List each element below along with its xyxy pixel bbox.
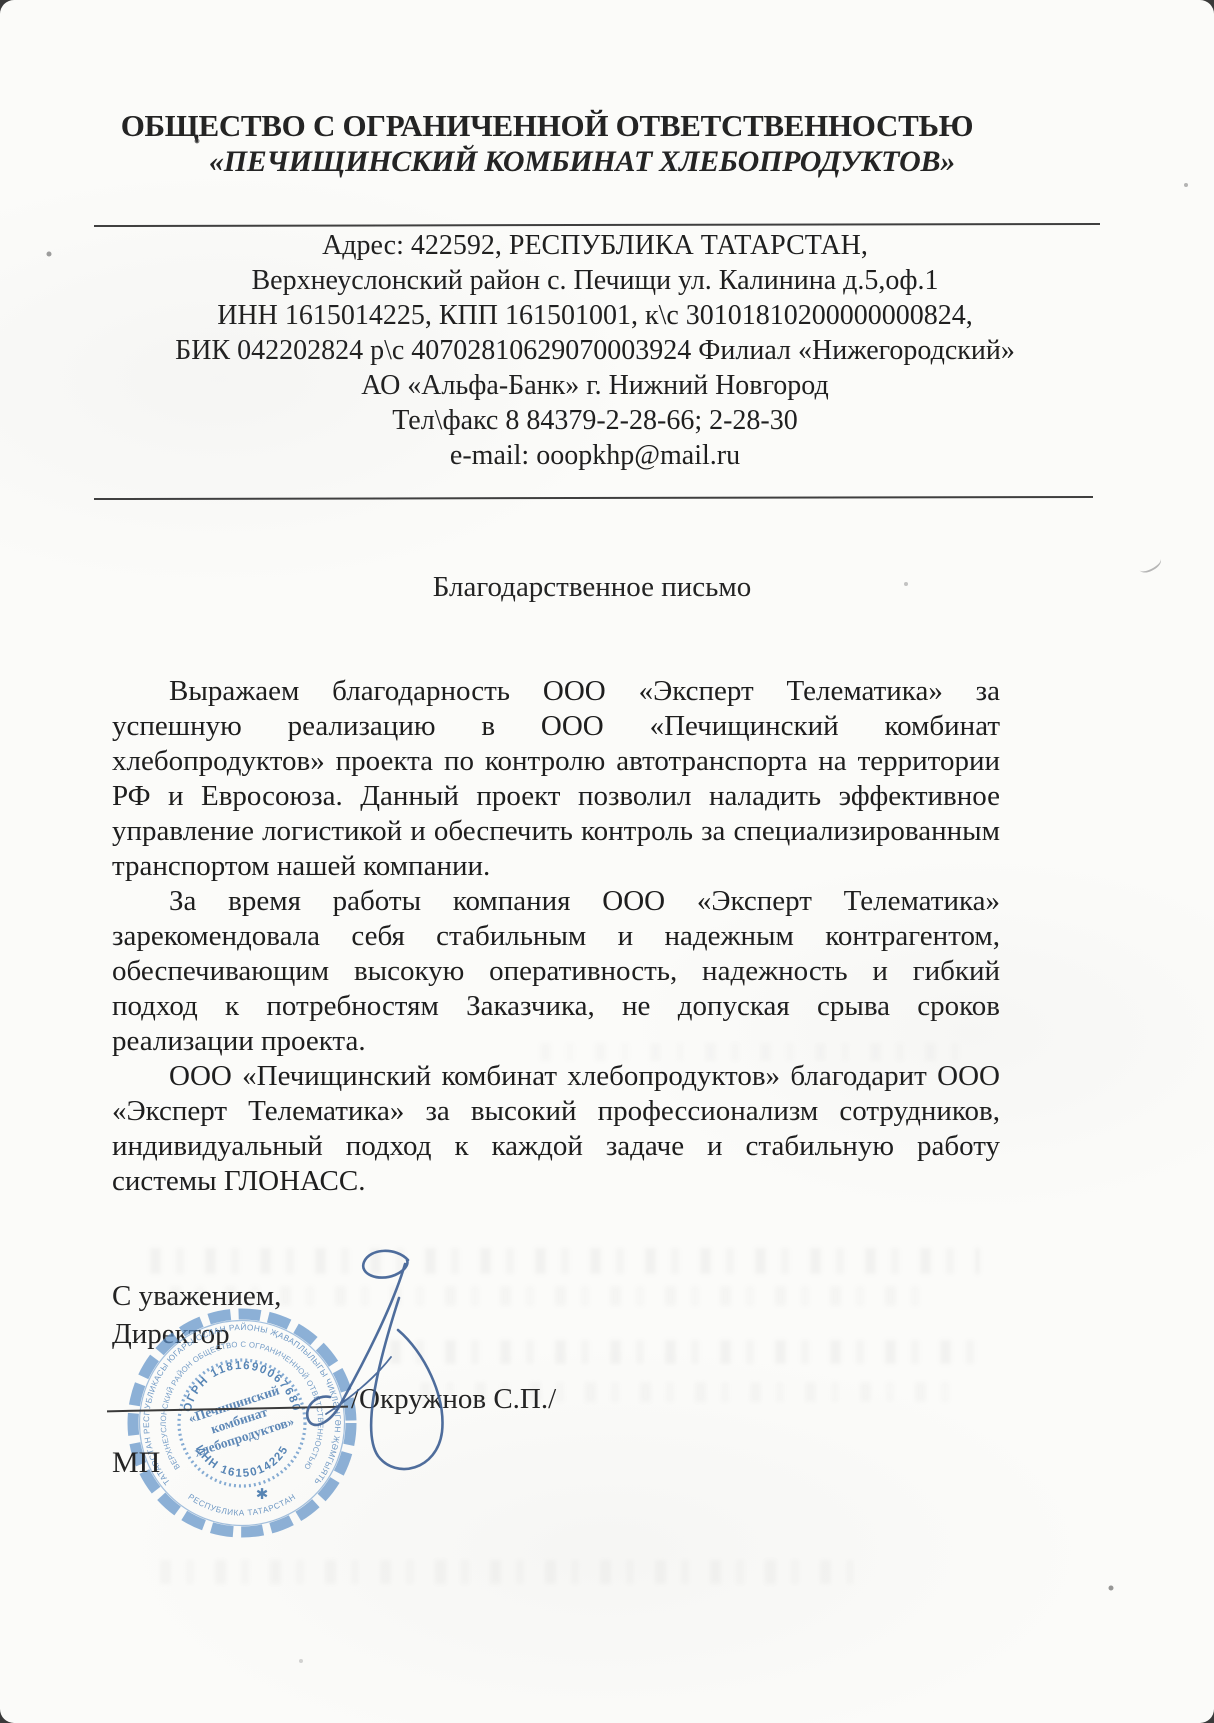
bleedthrough-noise <box>160 1560 860 1584</box>
signature-main-stroke <box>307 1264 405 1425</box>
body-paragraph-3: ООО «Печищинский комбинат хлебопродуктов… <box>112 1059 1000 1199</box>
contact-divider-line <box>94 496 1093 500</box>
header-divider-line <box>94 223 1100 227</box>
body-paragraph-1: Выражаем благодарность ООО «Эксперт Теле… <box>112 674 1000 884</box>
inn-kpp-line: ИНН 1615014225, КПП 161501001, к\с 30101… <box>40 298 1150 333</box>
scan-specks <box>0 0 2 2</box>
address-line: Верхнеуслонский район с. Печищи ул. Кали… <box>40 263 1150 298</box>
letter-title: Благодарственное письмо <box>0 571 1184 604</box>
contact-details-block: Адрес: 422592, РЕСПУБЛИКА ТАТАРСТАН, Вер… <box>40 228 1150 473</box>
bank-name-line: АО «Альфа-Банк» г. Нижний Новгород <box>40 368 1150 403</box>
company-name-line2: «ПЕЧИЩИНСКИЙ КОМБИНАТ ХЛЕБОПРОДУКТОВ» <box>0 145 1164 179</box>
scanned-letter-page: ОБЩЕСТВО С ОГРАНИЧЕННОЙ ОТВЕТСТВЕННОСТЬЮ… <box>0 0 1214 1723</box>
address-line: Адрес: 422592, РЕСПУБЛИКА ТАТАРСТАН, <box>40 228 1150 263</box>
phone-fax-line: Тел\факс 8 84379-2-28-66; 2-28-30 <box>40 403 1150 438</box>
email-line: e-mail: ooopkhp@mail.ru <box>40 438 1150 473</box>
body-paragraph-2: За время работы компания ООО «Эксперт Те… <box>112 884 1000 1059</box>
company-name-line1: ОБЩЕСТВО С ОГРАНИЧЕННОЙ ОТВЕТСТВЕННОСТЬЮ <box>0 108 1094 144</box>
letter-body: Выражаем благодарность ООО «Эксперт Теле… <box>112 674 1000 1199</box>
bank-details-line: БИК 042202824 р\с 40702810629070003924 Ф… <box>40 333 1150 368</box>
signature-flourish <box>326 1357 391 1414</box>
handwritten-signature <box>100 1240 580 1540</box>
